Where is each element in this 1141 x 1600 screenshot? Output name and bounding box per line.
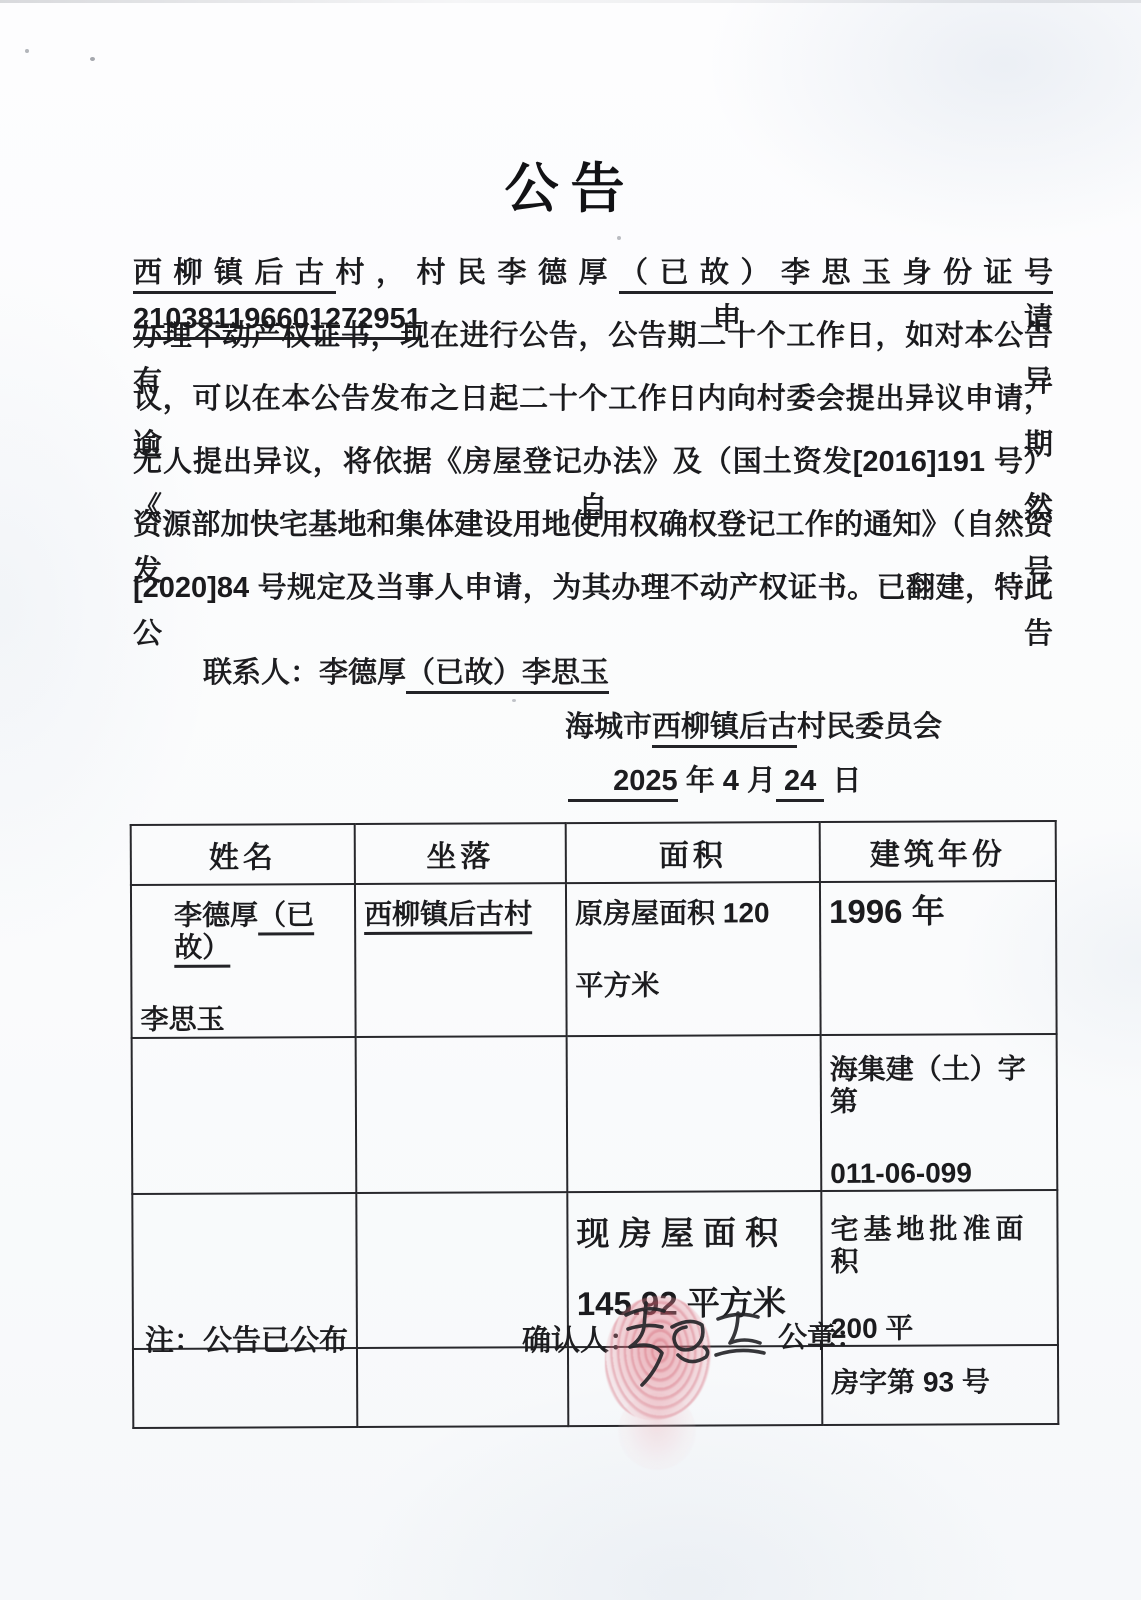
owner-name-1: 李德厚 <box>174 899 258 930</box>
owner-name-2: 李思玉 <box>140 1004 224 1038</box>
table-header-area: 面积 <box>566 822 820 883</box>
page-title: 公告 <box>0 146 1141 223</box>
cell-empty <box>356 1036 568 1193</box>
original-area-line2: 平方米 <box>575 969 811 1002</box>
underlined-town-name: 西柳镇后古 <box>652 711 797 748</box>
underlined-day: 24 <box>776 765 824 802</box>
cell-location: 西柳镇后古村 <box>355 883 567 1036</box>
scan-speck <box>90 57 95 61</box>
scan-speck <box>25 49 29 53</box>
table-row: 海集建（土）字第 011-06-099 <box>132 1034 1058 1195</box>
location-village: 西柳镇后古村 <box>364 898 532 935</box>
handwritten-signature <box>612 1297 772 1389</box>
body-line-1: 西柳镇后古村，村民李德厚（已故）李思玉身份证号 2103811966012729… <box>133 250 1053 313</box>
contact-label: 联系人：李德厚 <box>203 657 406 689</box>
table-header-build-year: 建筑年份 <box>820 821 1056 882</box>
cell-original-area: 原房屋面积 120 平方米 <box>566 882 821 1036</box>
date-suffix: 日 <box>824 765 861 797</box>
land-cert-line1: 海集建（土）字第 <box>830 1053 1048 1118</box>
body-line-3: 议，可以在本公告发布之日起二十个工作日内向村委会提出异议申请，逾期 <box>133 376 1053 439</box>
contact-line: 联系人：李德厚（已故）李思玉 <box>203 650 609 691</box>
date-line: 2025 年 4 月 24 日 <box>568 758 861 799</box>
body-line-5: 资源部加快宅基地和集体建设用地使用权确权登记工作的通知》（自然资发号 <box>133 502 1053 565</box>
house-cert-value: 房字第 93 号 <box>831 1366 1049 1399</box>
scan-edge-shadow <box>0 0 1141 3</box>
land-cert-line2: 011-06-099 <box>830 1157 1048 1190</box>
footer-note: 注：公告已公布 <box>145 1318 348 1359</box>
table-header-name: 姓名 <box>131 824 355 885</box>
original-area-line1: 原房屋面积 120 <box>575 897 811 930</box>
build-year-value: 1996 年 <box>829 892 1047 931</box>
body-line-4: 无人提出异议，将依据《房屋登记办法》及（国土资发[2016]191 号）《自然 <box>133 439 1053 502</box>
table-header-location: 坐落 <box>355 823 566 884</box>
cell-house-cert-number: 房字第 93 号 <box>822 1345 1058 1425</box>
cell-empty <box>132 1037 357 1195</box>
body-line-2: 办理不动产权证书，现在进行公告，公告期二十个工作日，如对本公告有异 <box>133 313 1053 376</box>
underlined-contact-names: （已故）李思玉 <box>406 657 609 694</box>
scanned-announcement-document: 公告 西柳镇后古村，村民李德厚（已故）李思玉身份证号 2103811966012… <box>0 0 1141 1600</box>
body-line-6: [2020]84 号规定及当事人申请，为其办理不动产权证书。已翻建，特此公告 <box>133 565 1053 628</box>
cell-empty <box>133 1348 357 1428</box>
date-text: 年 4 月 <box>678 765 776 797</box>
current-area-line1: 现 房 屋 面 积 <box>576 1214 812 1253</box>
cell-owner-names: 李德厚（已故） 李思玉 <box>131 884 356 1038</box>
table-row: 李德厚（已故） 李思玉 西柳镇后古村 原房屋面积 120 平方米 1996 年 <box>131 881 1057 1038</box>
committee-signature-line: 海城市西柳镇后古村民委员会 <box>565 704 942 745</box>
table-header-row: 姓名 坐落 面积 建筑年份 <box>131 821 1056 885</box>
underlined-village-name: 西柳镇后古 <box>133 257 336 294</box>
signature-strokes <box>612 1297 772 1389</box>
approved-area-line1: 宅基地批准面积 <box>830 1213 1048 1278</box>
scan-speck <box>512 699 516 702</box>
scan-speck <box>617 236 621 240</box>
cell-empty <box>567 1035 822 1193</box>
cell-build-year: 1996 年 <box>820 881 1057 1035</box>
announcement-body: 西柳镇后古村，村民李德厚（已故）李思玉身份证号 2103811966012729… <box>133 250 1053 628</box>
committee-suffix: 村民委员会 <box>797 711 942 743</box>
official-seal-label: 公章： <box>778 1315 865 1356</box>
committee-prefix: 海城市 <box>565 711 652 743</box>
underlined-year: 2025 <box>568 765 678 802</box>
body-text-segment: 村，村民李德厚 <box>336 257 620 289</box>
cell-land-cert-number: 海集建（土）字第 011-06-099 <box>821 1034 1058 1192</box>
